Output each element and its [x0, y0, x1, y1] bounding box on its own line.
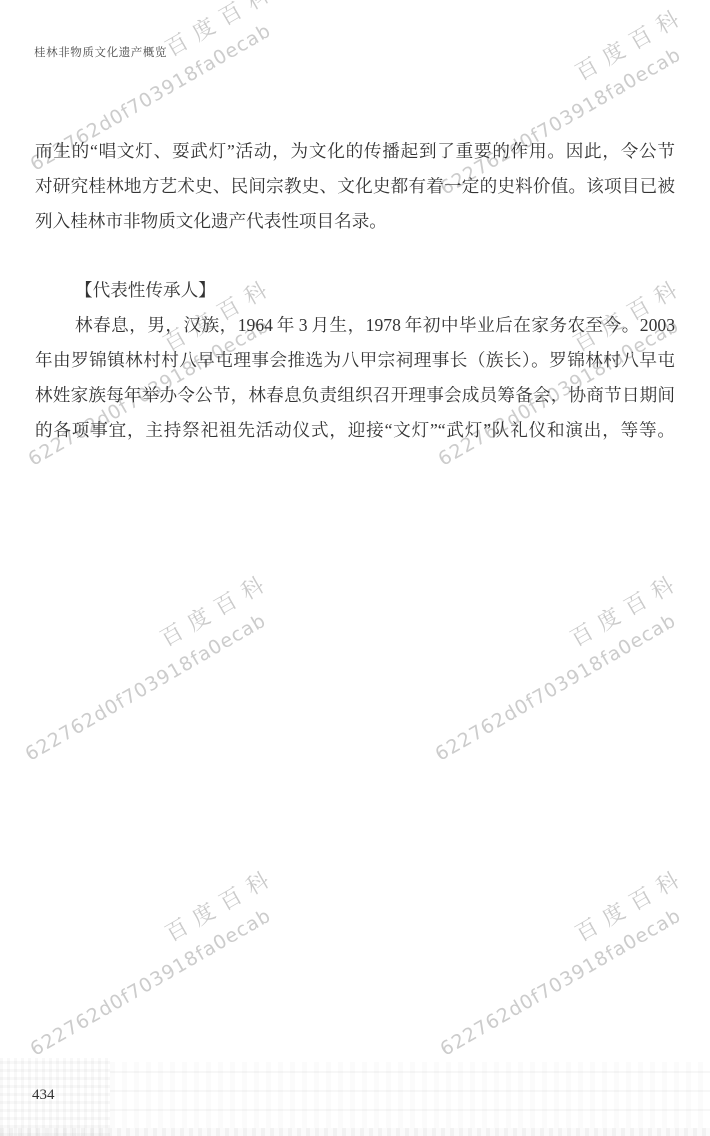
paragraph-line: 对研究桂林地方艺术史、民间宗教史、文化史都有着一定的史料价值。该项目已被 — [35, 169, 675, 204]
book-page: 百度百科 622762d0f703918fa0ecab 百度百科 622762d… — [0, 0, 710, 1136]
watermark-code-text: 622762d0f703918fa0ecab — [20, 589, 302, 768]
watermark-code-text: 622762d0f703918fa0ecab — [25, 884, 307, 1063]
watermark-tile: 百度百科 622762d0f703918fa0ecab — [5, 563, 302, 768]
paragraph-line: 年由罗锦镇林村村八早屯理事会推选为八甲宗祠理事长（族长）。罗锦林村八早屯 — [35, 343, 675, 378]
scan-noise-texture — [110, 1062, 710, 1128]
running-header: 桂林非物质文化遗产概览 — [34, 44, 167, 60]
watermark-brand-text: 百度百科 — [5, 563, 286, 741]
scan-edge-texture — [0, 1128, 710, 1136]
watermark-code-text: 622762d0f703918fa0ecab — [430, 589, 710, 768]
section-heading: 【代表性传承人】 — [35, 273, 675, 308]
paragraph-line: 的各项事宜，主持祭祀祖先活动仪式，迎接“文灯”“武灯”队礼仪和演出，等等。 — [35, 413, 675, 448]
watermark-brand-text: 百度百科 — [415, 563, 696, 741]
paragraph-line: 而生的“唱文灯、耍武灯”活动，为文化的传播起到了重要的作用。因此，令公节 — [35, 134, 675, 169]
watermark-brand-text: 百度百科 — [420, 858, 701, 1036]
paragraph-line: 列入桂林市非物质文化遗产代表性项目名录。 — [35, 204, 675, 239]
paragraph-line: 林春息，男，汉族，1964 年 3 月生，1978 年初中毕业后在家务农至今。2… — [35, 308, 675, 343]
watermark-tile: 百度百科 622762d0f703918fa0ecab — [420, 858, 710, 1063]
watermark-brand-text: 百度百科 — [10, 858, 291, 1036]
watermark-tile: 百度百科 622762d0f703918fa0ecab — [415, 563, 710, 768]
body-text: 而生的“唱文灯、耍武灯”活动，为文化的传播起到了重要的作用。因此，令公节 对研究… — [35, 134, 675, 448]
watermark-code-text: 622762d0f703918fa0ecab — [435, 884, 710, 1063]
scan-noise-texture — [0, 1058, 110, 1136]
watermark-tile: 百度百科 622762d0f703918fa0ecab — [10, 858, 307, 1063]
watermark-brand-text: 百度百科 — [10, 0, 291, 151]
paragraph-line: 林姓家族每年举办令公节，林春息负责组织召开理事会成员筹备会，协商节日期间 — [35, 378, 675, 413]
